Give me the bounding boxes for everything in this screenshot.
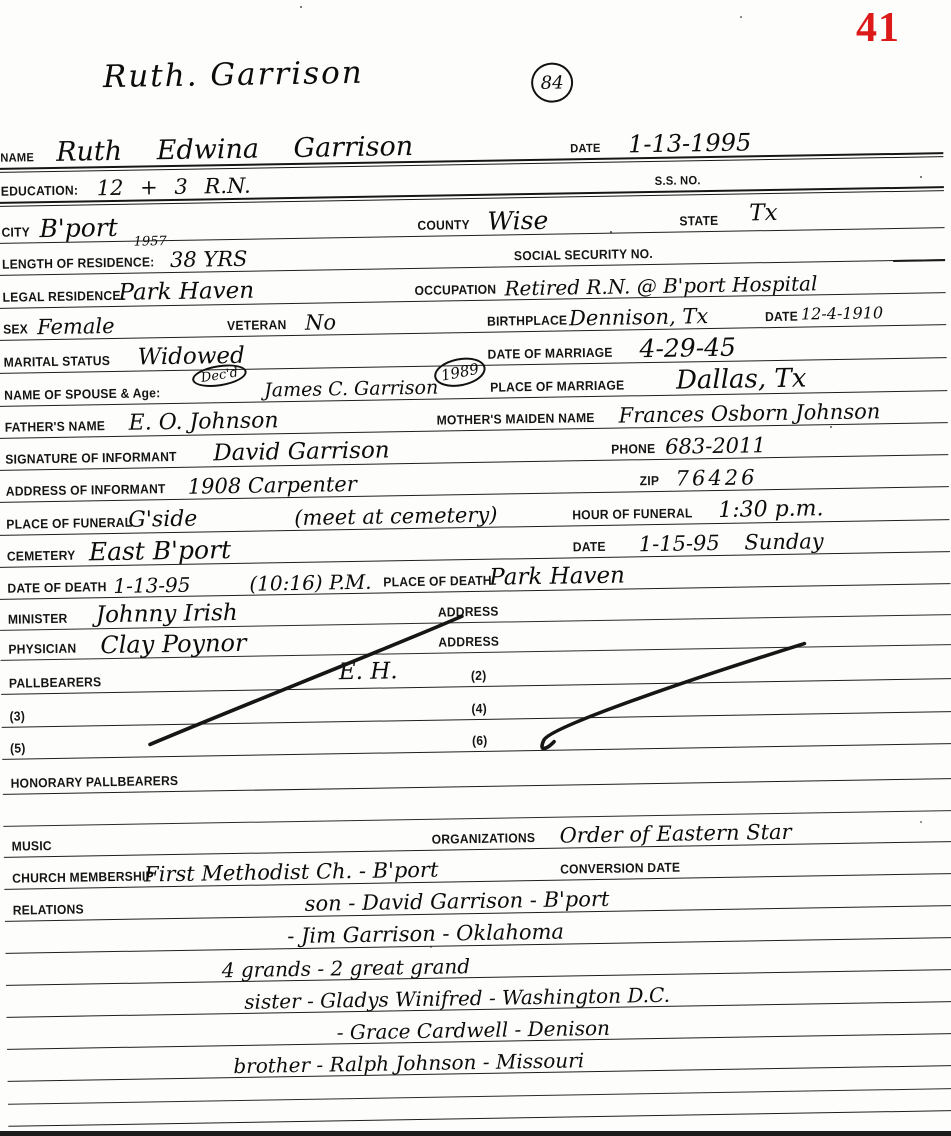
name-label: NAME [0, 150, 34, 165]
date-of-death-label: DATE OF DEATH [7, 579, 107, 596]
conversion-date-label: CONVERSION DATE [560, 860, 680, 877]
cemetery-label: CEMETERY [7, 548, 76, 564]
phone-label: PHONE [611, 441, 655, 457]
pallbearer-3-label: (3) [9, 708, 25, 723]
date-label: DATE [570, 141, 601, 156]
physician-label: PHYSICIAN [8, 641, 76, 657]
occupation-label: OCCUPATION [414, 282, 496, 298]
music-label: MUSIC [12, 838, 52, 854]
spouse-label: NAME OF SPOUSE & Age: [4, 385, 160, 403]
pallbearer-2-label: (2) [471, 668, 487, 683]
birthplace-value: Dennison, Tx [569, 306, 709, 329]
pallbearers-label: PALLBEARERS [9, 674, 102, 691]
relations-label: RELATIONS [13, 902, 84, 918]
zip-value: 76426 [676, 467, 758, 489]
ssno-label: S.S. NO. [655, 173, 701, 188]
church-membership-label: CHURCH MEMBERSHIP [12, 868, 154, 885]
state-value: Tx [749, 202, 778, 225]
spouse-deceased-note: Dec'd [200, 365, 239, 386]
education-value: 12 + 3 R.N. [97, 176, 251, 200]
hour-of-funeral-label: HOUR OF FUNERAL [572, 505, 693, 522]
birthdate-value: 12-4-1910 [801, 305, 883, 322]
county-value: Wise [487, 208, 548, 234]
place-of-marriage-label: PLACE OF MARRIAGE [490, 377, 624, 394]
fathers-name-label: FATHER'S NAME [5, 418, 106, 435]
scanned-form: Ruth. Garrison 84 NAME Ruth Edwina Garri… [0, 0, 951, 1136]
physician-value: Clay Poynor [100, 631, 246, 657]
date-of-marriage-label: DATE OF MARRIAGE [487, 345, 612, 362]
address-of-informant-label: ADDRESS OF INFORMANT [6, 481, 166, 499]
sex-label: SEX [3, 321, 28, 336]
county-label: COUNTY [417, 217, 470, 233]
city-label: CITY [1, 224, 30, 239]
pallbearer-6-label: (6) [472, 733, 488, 748]
veteran-value: No [305, 312, 336, 334]
place-of-funeral-label: PLACE OF FUNERAL [6, 515, 132, 532]
place-of-marriage-value: Dallas, Tx [676, 365, 807, 393]
residence-year-note: 1957 [134, 235, 167, 249]
header-deceased-name: Ruth. Garrison [103, 58, 364, 93]
organizations-label: ORGANIZATIONS [432, 830, 536, 847]
date-value: 1-13-1995 [628, 130, 751, 156]
legal-residence-label: LEGAL RESIDENCE: [2, 288, 125, 305]
spouse-death-year: 1989 [440, 360, 481, 385]
date-of-marriage-value: 4-29-45 [639, 335, 736, 362]
education-label: EDUCATION: [1, 183, 79, 199]
pallbearer-4-label: (4) [471, 701, 487, 716]
hour-of-funeral-value: 1:30 p.m. [718, 498, 824, 522]
honorary-pallbearers-label: HONORARY PALLBEARERS [11, 773, 179, 791]
length-of-residence-label: LENGTH OF RESIDENCE: [2, 254, 155, 272]
marital-status-label: MARITAL STATUS [4, 353, 111, 370]
state-label: STATE [679, 213, 718, 229]
header-age-circled: 84 [531, 62, 574, 103]
scan-bottom-edge [0, 1131, 951, 1136]
social-security-label: SOCIAL SECURITY NO. [514, 246, 653, 263]
header-age-value: 84 [540, 72, 563, 93]
pallbearers-initials-note: E. H. [339, 660, 398, 684]
city-value: B'port [39, 215, 118, 241]
informant-address-value: 1908 Carpenter [188, 474, 357, 498]
cemetery-value: East B'port [89, 537, 232, 564]
mothers-maiden-name-label: MOTHER'S MAIDEN NAME [437, 410, 595, 428]
birthdate-label: DATE [765, 309, 798, 325]
burial-date-label: DATE [573, 539, 606, 555]
pallbearer-5-label: (5) [10, 740, 26, 755]
physician-address-label: ADDRESS [438, 634, 499, 650]
veteran-label: VETERAN [227, 317, 287, 333]
birthplace-label: BIRTHPLACE [487, 312, 567, 328]
signature-of-informant-label: SIGNATURE OF INFORMANT [5, 449, 177, 467]
residence-value: 38 YRS [170, 249, 248, 271]
place-of-funeral-value: G'side [128, 509, 197, 532]
sex-value: Female [37, 316, 115, 338]
zip-label: ZIP [640, 473, 660, 488]
